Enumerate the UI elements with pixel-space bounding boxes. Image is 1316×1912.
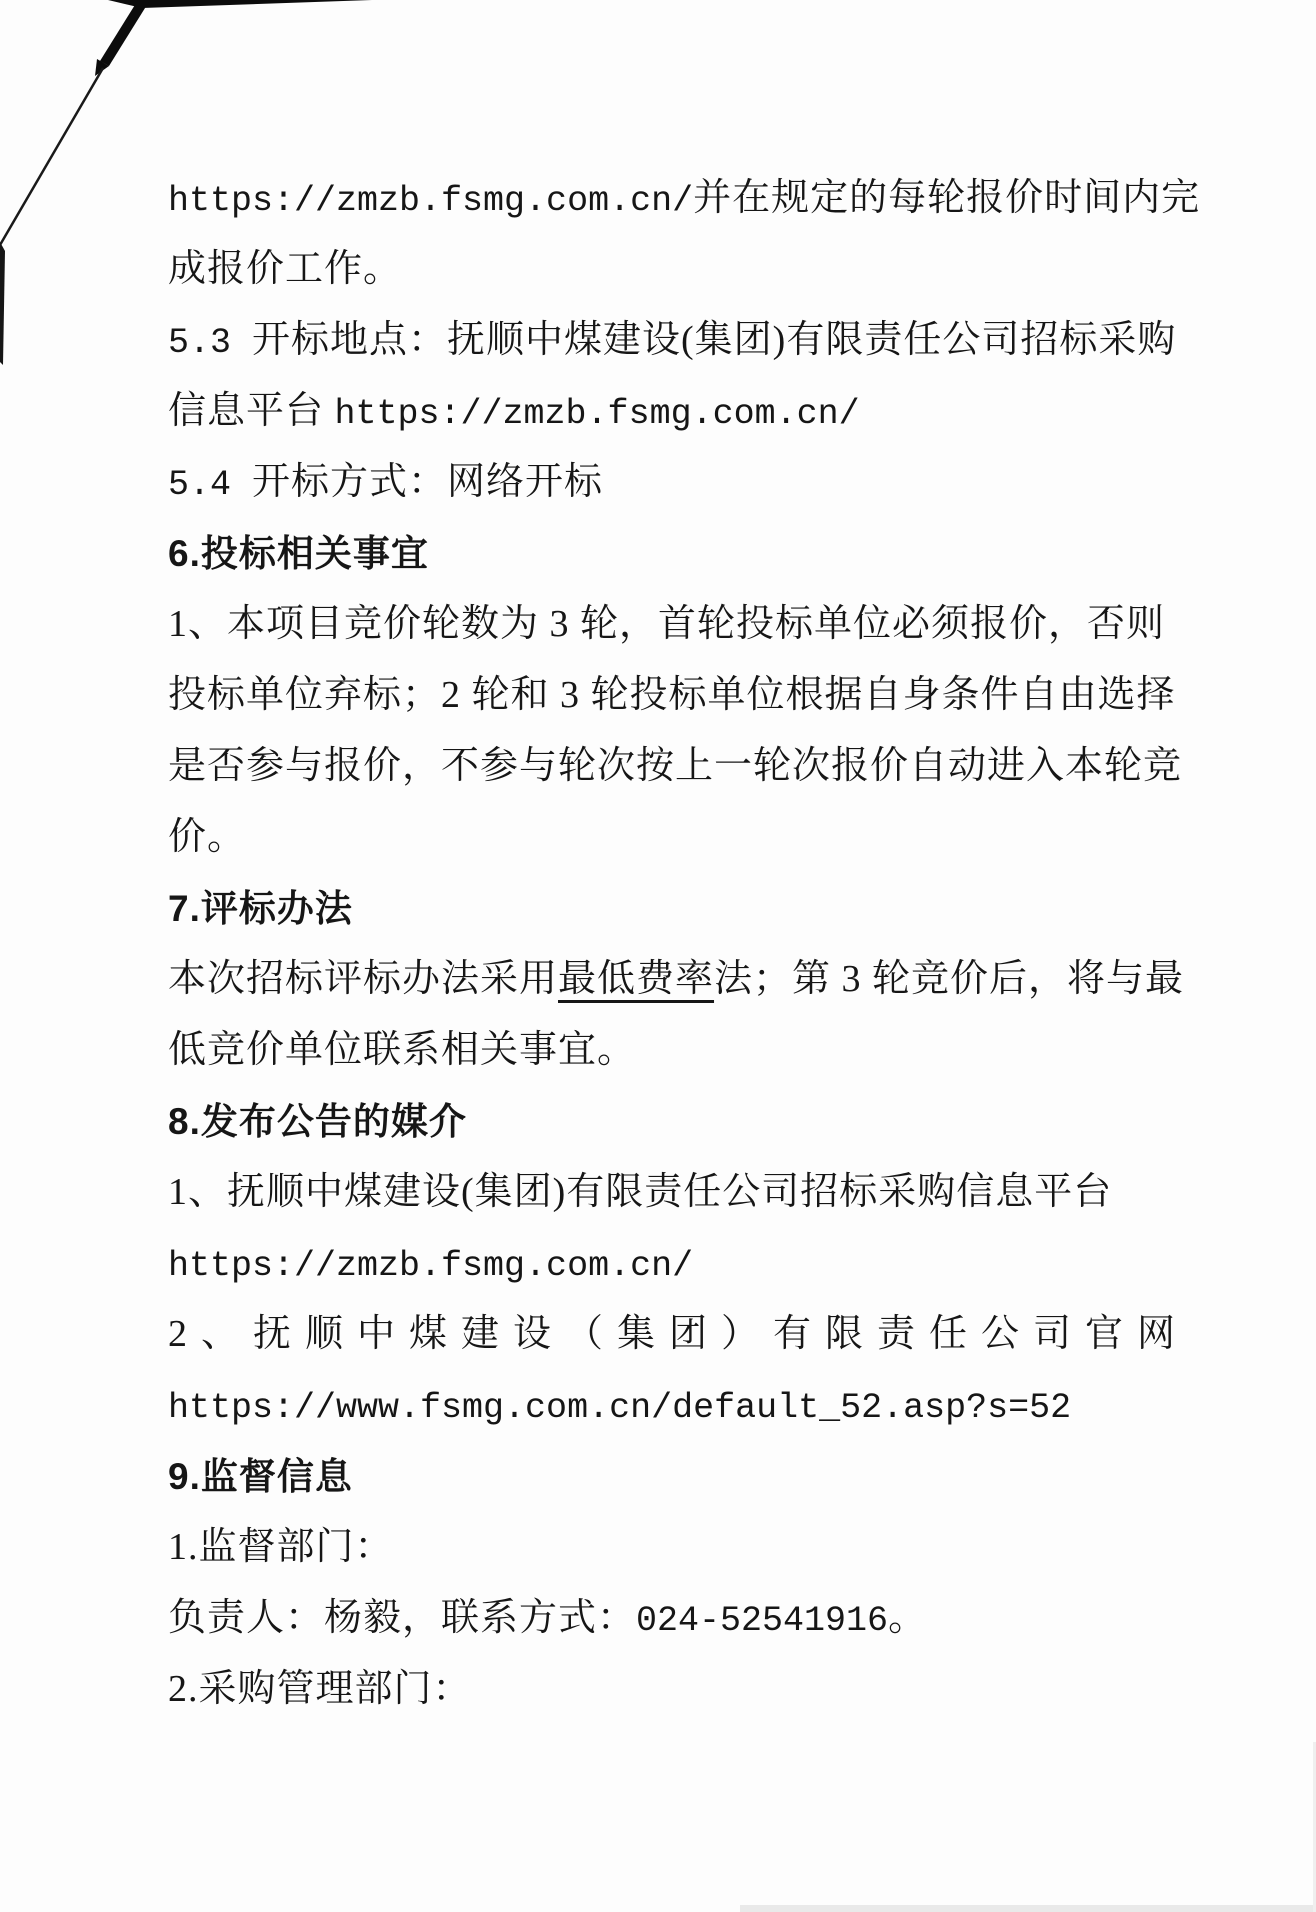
text-segment: 2、抚顺中煤建设（集团）有限责任公司官网: [168, 1313, 1189, 1355]
document-line: 本次招标评标办法采用最低费率法；第 3 轮竞价后，将与最: [168, 944, 1150, 1015]
document-line: 价。: [168, 802, 1150, 873]
url-text: https://zmzb.fsmg.com.cn/: [168, 181, 693, 221]
document-line: 负责人：杨毅，联系方式：024-52541916。: [168, 1583, 1150, 1654]
document-body: https://zmzb.fsmg.com.cn/并在规定的每轮报价时间内完成报…: [168, 163, 1150, 1725]
text-segment: 9.监督信息: [168, 1456, 353, 1497]
document-line: 1、本项目竞价轮数为 3 轮，首轮投标单位必须报价，否则: [168, 589, 1150, 660]
url-text: 5.4: [168, 465, 252, 505]
text-segment: 开标地点：抚顺中煤建设(集团)有限责任公司招标采购: [252, 319, 1176, 361]
document-line: 低竞价单位联系相关事宜。: [168, 1015, 1150, 1086]
text-segment: 2.采购管理部门：: [168, 1668, 472, 1710]
text-segment: 成报价工作。: [168, 248, 402, 290]
document-line: 7.评标办法: [168, 873, 1150, 944]
text-segment: 价。: [168, 816, 246, 858]
document-line: https://www.fsmg.com.cn/default_52.asp?s…: [168, 1370, 1150, 1441]
document-line: https://zmzb.fsmg.com.cn/: [168, 1228, 1150, 1299]
text-segment: 法；第 3 轮竞价后，将与最: [714, 958, 1184, 1000]
url-text: 5.3: [168, 323, 252, 363]
text-segment: 最低费率: [558, 958, 714, 1000]
scanned-document-page: https://zmzb.fsmg.com.cn/并在规定的每轮报价时间内完成报…: [0, 0, 1316, 1912]
text-segment: 负责人：杨毅，联系方式：: [168, 1597, 636, 1639]
document-line: 8.发布公告的媒介: [168, 1086, 1150, 1157]
text-segment: 1.监督部门：: [168, 1526, 394, 1568]
document-line: 信息平台 https://zmzb.fsmg.com.cn/: [168, 376, 1150, 447]
url-text: 024-52541916: [636, 1601, 888, 1641]
document-line: https://zmzb.fsmg.com.cn/并在规定的每轮报价时间内完: [168, 163, 1150, 234]
document-line: 6.投标相关事宜: [168, 518, 1150, 589]
text-segment: 并在规定的每轮报价时间内完: [693, 177, 1200, 219]
document-line: 1.监督部门：: [168, 1512, 1150, 1583]
text-segment: 1、本项目竞价轮数为 3 轮，首轮投标单位必须报价，否则: [168, 603, 1165, 645]
document-line: 投标单位弃标；2 轮和 3 轮投标单位根据自身条件自由选择: [168, 660, 1150, 731]
document-line: 9.监督信息: [168, 1441, 1150, 1512]
document-line: 5.3 开标地点：抚顺中煤建设(集团)有限责任公司招标采购: [168, 305, 1150, 376]
text-segment: 信息平台: [168, 390, 335, 432]
text-segment: 1、抚顺中煤建设(集团)有限责任公司招标采购信息平台: [168, 1171, 1112, 1213]
text-segment: 是否参与报价，不参与轮次按上一轮次报价自动进入本轮竞: [168, 745, 1182, 787]
text-segment: 开标方式：网络开标: [252, 461, 603, 503]
document-line: 5.4 开标方式：网络开标: [168, 447, 1150, 518]
url-text: https://www.fsmg.com.cn/default_52.asp?s…: [168, 1388, 1071, 1428]
text-segment: 7.评标办法: [168, 888, 353, 929]
document-line: 2.采购管理部门：: [168, 1654, 1150, 1725]
scan-edge-shadow-bottom: [740, 1905, 1316, 1912]
url-text: https://zmzb.fsmg.com.cn/: [168, 1246, 693, 1286]
text-segment: 投标单位弃标；2 轮和 3 轮投标单位根据自身条件自由选择: [168, 674, 1176, 716]
document-line: 成报价工作。: [168, 234, 1150, 305]
text-segment: 6.投标相关事宜: [168, 533, 429, 574]
text-segment: 8.发布公告的媒介: [168, 1101, 467, 1142]
url-text: https://zmzb.fsmg.com.cn/: [335, 394, 860, 434]
document-line: 2、抚顺中煤建设（集团）有限责任公司官网: [168, 1299, 1150, 1370]
text-segment: 。: [888, 1597, 927, 1639]
document-line: 1、抚顺中煤建设(集团)有限责任公司招标采购信息平台: [168, 1157, 1150, 1228]
document-line: 是否参与报价，不参与轮次按上一轮次报价自动进入本轮竞: [168, 731, 1150, 802]
text-segment: 低竞价单位联系相关事宜。: [168, 1029, 636, 1071]
text-segment: 本次招标评标办法采用: [168, 958, 558, 1000]
